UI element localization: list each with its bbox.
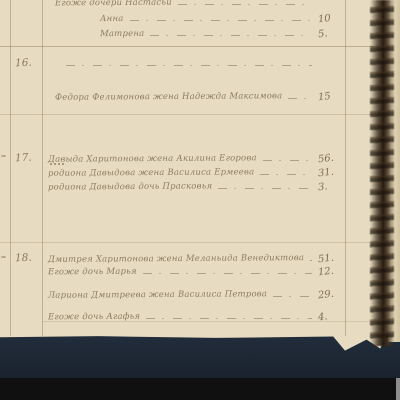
handwritten-text: родиона Давыдова жена Василиса Ермеева (48, 167, 254, 178)
manuscript-line: родиона Давыдова дочь Прасковья3. (0, 179, 374, 192)
ink-dash-leader (218, 187, 312, 189)
rule-horizontal-1 (0, 46, 374, 47)
ink-dash-leader (130, 19, 312, 21)
manuscript-line: Егоже дочери Настасьи (0, 0, 374, 8)
ink-dash-leader (310, 259, 312, 261)
ink-dash-leader (178, 3, 312, 5)
age-value: 12. (317, 265, 344, 279)
ink-dash-leader (273, 295, 312, 297)
margin-ink-mark (1, 256, 6, 258)
photo-edge-strip (396, 378, 400, 400)
manuscript-page: Егоже дочери НастасьиАнна10Матрена5.16.Ф… (0, 0, 392, 352)
manuscript-line: Матрена5. (0, 26, 374, 39)
rule-horizontal-2 (0, 114, 374, 115)
torn-binding-edge (370, 0, 394, 346)
manuscript-line: Анна10 (0, 11, 374, 24)
manuscript-line: Лариона Дмитреева жена Василиса Петрова2… (0, 287, 374, 300)
ink-dash-leader (66, 64, 312, 66)
ink-dash-leader (288, 97, 312, 99)
handwritten-text: Анна (100, 14, 124, 24)
age-value (318, 68, 344, 71)
handwritten-text: Давыда Харитонова жена Акилина Егорова (48, 153, 257, 164)
ink-dash-leader (146, 317, 312, 319)
handwritten-text: Егоже дочери Настасьи (55, 0, 172, 8)
manuscript-line: Дмитрея Харитонова жена Меланьида Венеди… (0, 251, 374, 264)
background-strip (0, 378, 400, 400)
manuscript-line: Егоже дочь Марья12. (0, 264, 374, 277)
handwritten-text: Егоже дочь Марья (48, 267, 137, 278)
ink-dash-leader (263, 159, 312, 161)
age-value: 56. (317, 152, 344, 166)
handwritten-text: Федора Фелимонова жена Надежда Максимова (55, 91, 282, 103)
age-value: 4. (317, 310, 344, 324)
handwritten-text: Егоже дочь Агафья (48, 312, 140, 323)
ink-dash-leader (150, 34, 312, 36)
scanned-manuscript-screenshot: Егоже дочери НастасьиАнна10Матрена5.16.Ф… (0, 0, 400, 400)
age-value (318, 7, 344, 10)
age-value: 31. (317, 166, 344, 180)
age-value: 5. (317, 27, 344, 41)
age-value: 29. (317, 288, 344, 302)
manuscript-line: Федора Фелимонова жена Надежда Максимова… (0, 89, 374, 102)
handwritten-text: Лариона Дмитреева жена Василиса Петрова (48, 289, 267, 301)
ink-dash-leader (260, 173, 312, 175)
manuscript-line: Егоже дочь Агафья4. (0, 309, 374, 322)
ink-dash-leader (143, 272, 312, 274)
margin-ink-mark (1, 155, 6, 157)
manuscript-line (0, 56, 374, 69)
manuscript-line: родиона Давыдова жена Василиса Ермеева31… (0, 165, 374, 178)
age-value: 15 (317, 90, 344, 104)
age-value: 3. (317, 180, 344, 194)
handwritten-text: Матрена (100, 29, 144, 39)
interlinear-correction-mark (50, 163, 66, 165)
handwritten-text: родиона Давыдова дочь Прасковья (48, 181, 212, 192)
rule-horizontal-3 (0, 242, 374, 243)
age-value: 10 (317, 12, 344, 26)
